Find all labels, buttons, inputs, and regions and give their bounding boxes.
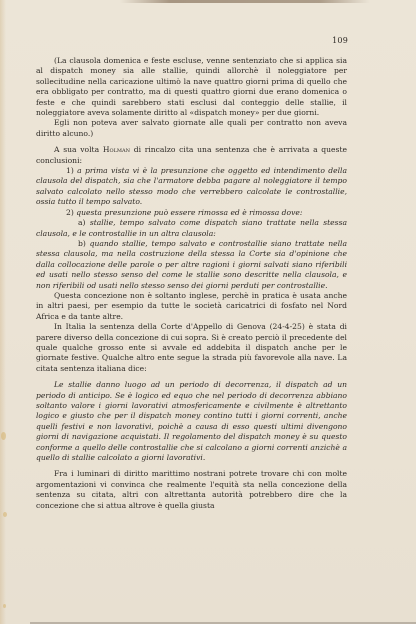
- paragraph-text: (La clausola domenica e feste escluse, v…: [36, 56, 347, 117]
- list-marker: b): [78, 239, 86, 248]
- paragraph: (La clausola domenica e feste escluse, v…: [36, 56, 347, 118]
- paper-stain: [3, 604, 6, 608]
- paragraph-text: Questa concezione non è soltanto inglese…: [36, 291, 347, 321]
- author-name: Holman: [103, 145, 130, 154]
- book-page: 109 (La clausola domenica e feste esclus…: [0, 0, 416, 624]
- paragraph: Fra i luminari di diritto marittimo nost…: [36, 469, 347, 511]
- quote-text: Le stallie danno luogo ad un periodo di …: [36, 380, 347, 462]
- list-item: 2) questa presunzione può essere rimossa…: [36, 208, 347, 218]
- list-marker: 1): [66, 166, 74, 175]
- page-number: 109: [330, 36, 348, 45]
- page-left-edge: [0, 0, 6, 624]
- paragraph: A sua volta Holman di rincalzo cita una …: [36, 145, 347, 166]
- list-item: 1) a prima vista vi è la presunzione che…: [36, 166, 347, 208]
- paper-stain: [3, 512, 7, 517]
- quoted-ruling: Le stallie danno luogo ad un periodo di …: [36, 380, 347, 463]
- body-text: (La clausola domenica e feste escluse, v…: [36, 56, 347, 511]
- list-item-text: a prima vista vi è la presunzione che og…: [36, 166, 347, 206]
- list-marker: a): [78, 218, 86, 227]
- paragraph: In Italia la sentenza della Corte d'Appe…: [36, 322, 347, 374]
- sub-list-item: a) stallie, tempo salvato come dispatch …: [36, 218, 347, 239]
- paragraph: Questa concezione non è soltanto inglese…: [36, 291, 347, 322]
- paragraph-text: In Italia la sentenza della Corte d'Appe…: [36, 322, 347, 373]
- paragraph: Egli non poteva aver salvato giornate al…: [36, 118, 347, 139]
- list-marker: 2): [66, 208, 74, 217]
- scan-top-shadow: [120, 0, 370, 3]
- paragraph-text: Fra i luminari di diritto marittimo nost…: [36, 469, 347, 509]
- paper-stain: [1, 432, 6, 440]
- paragraph-text: Egli non poteva aver salvato giornate al…: [36, 118, 347, 137]
- list-item-text: questa presunzione può essere rimossa ed…: [76, 208, 302, 217]
- paragraph-text: A sua volta: [54, 145, 103, 154]
- sub-list-item: b) quando stallie, tempo salvato e contr…: [36, 239, 347, 291]
